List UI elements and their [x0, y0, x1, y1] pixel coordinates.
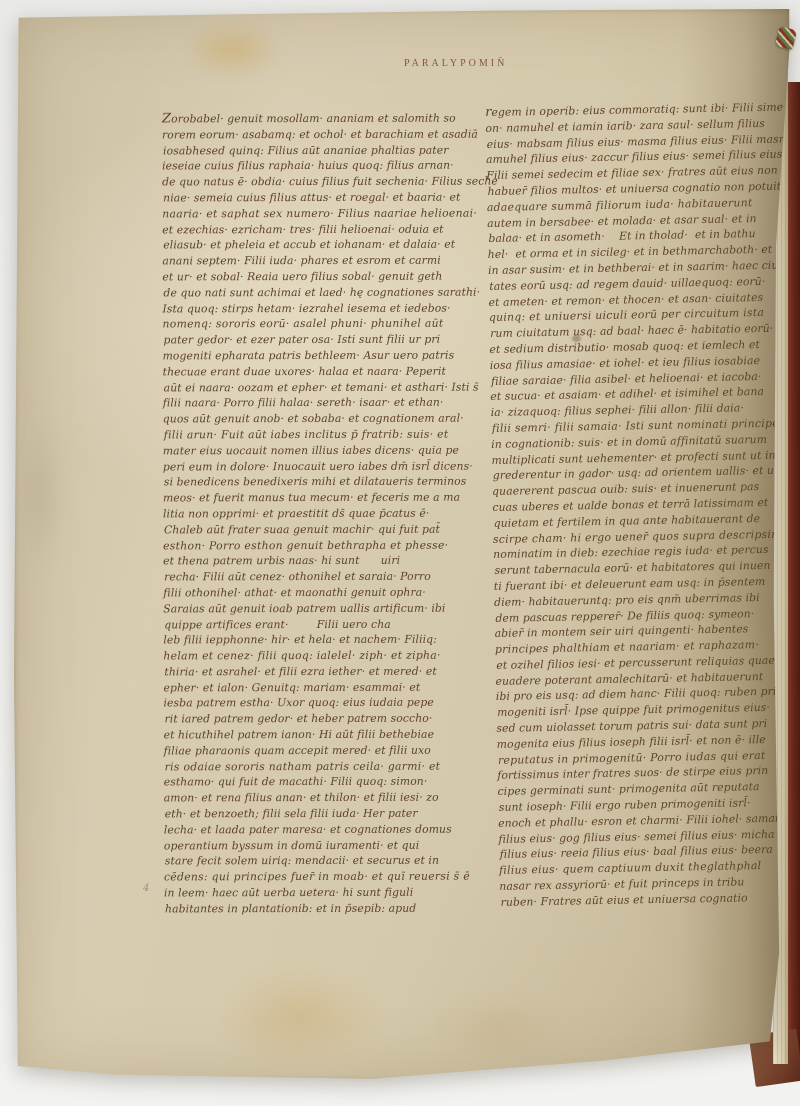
parchment-stain: [219, 967, 379, 1067]
parchment-stain: [434, 994, 564, 1064]
text-line: naaria· et saphat sex numero· Filius naa…: [162, 205, 466, 222]
text-line: thiria· et asrahel· et filii ezra iether…: [164, 663, 468, 680]
text-column-right: regem in operib: eius commoratiq: sunt i…: [485, 99, 800, 910]
text-line: de quo nati sunt achimai et laed· hę cog…: [163, 284, 467, 301]
text-line: helam et cenez· filii quoq: ialelel· zip…: [163, 648, 467, 665]
text-line: amon· et rena filius anan· et thilon· et…: [164, 790, 468, 807]
text-line: ieseiae cuius filius raphaia· huius quoq…: [162, 158, 466, 175]
text-line: si benedicens benedixeris mihi et dilata…: [164, 474, 468, 491]
parchment-stain: [18, 419, 64, 569]
text-line: quos aūt genuit anob· et sobaba· et cogn…: [163, 411, 467, 428]
text-line: et hicuthihel patrem ianon· Hi aūt filii…: [164, 727, 468, 744]
text-line: rorem eorum· asabamq: et ochol· et barac…: [162, 126, 466, 143]
text-line: iesba patrem estha· Uxor quoq: eius iuda…: [163, 695, 467, 712]
text-line: filiae pharaonis quam accepit mered· et …: [164, 742, 468, 759]
text-line: esthamo· qui fuit de macathi· Filii quoq…: [164, 774, 468, 791]
parchment-leaf: PARALYPOMIN̄ Zorobabel· genuit mosollam·…: [14, 9, 790, 1081]
text-line: operantium byssum in domū iuramenti· et …: [164, 837, 468, 854]
text-line: eth· et benzoeth; filii sela filii iuda·…: [165, 806, 469, 823]
parchment-stain: [182, 21, 282, 79]
text-line: nomenq: sororis eorū· asalel phuni· phun…: [162, 316, 466, 333]
text-line: Ista quoq: stirps hetam· iezrahel iesema…: [162, 300, 466, 317]
text-line: et ur· et sobal· Reaia uero filius sobal…: [162, 269, 466, 286]
text-line: et thena patrem urbis naas· hi sunt uiri: [163, 553, 467, 570]
text-line: iosabhesed quinq: Filius aūt ananiae pha…: [163, 142, 467, 159]
text-line: quippe artifices erant· Filii uero cha: [164, 616, 468, 633]
running-title: PARALYPOMIN̄: [404, 58, 507, 69]
text-line: litia non opprimi· et praestitit ds̄ qua…: [163, 506, 467, 523]
text-line: leb filii iepphonne· hir· et hela· et na…: [163, 632, 467, 649]
text-line: epher· et ialon· Genuitq: mariam· esamma…: [163, 679, 467, 696]
text-line: eliasub· et pheleia et accub et iohanam·…: [163, 237, 467, 254]
text-column-left: Zorobabel· genuit mosollam· ananiam et s…: [162, 111, 468, 917]
text-line: rit iared patrem gedor· et heber patrem …: [165, 711, 469, 728]
text-line: aūt ei naara· oozam et epher· et temani·…: [164, 379, 468, 396]
text-line: ris odaiae sororis natham patris ceila· …: [165, 758, 469, 775]
text-line: recha· Filii aūt cenez· othonihel et sar…: [164, 569, 468, 586]
text-line: mogeniti epharata patris bethleem· Asur …: [163, 348, 467, 365]
text-line: mater eius uocauit nomen illius iabes di…: [163, 442, 467, 459]
text-line: in leem· haec aūt uerba uetera· hi sunt …: [164, 885, 468, 902]
text-line: cēdens: qui principes fuer̄ in moab· et …: [164, 869, 468, 886]
text-line: et ezechias· ezricham· tres· filii helio…: [162, 221, 466, 238]
text-line: Zorobabel· genuit mosollam· ananiam et s…: [162, 111, 466, 128]
text-line: niae· semeia cuius filius attus· et roeg…: [163, 190, 467, 207]
text-line: Saraias aūt genuit ioab patrem uallis ar…: [163, 600, 467, 617]
margin-quire-mark: 4: [143, 883, 149, 894]
text-line: Chaleb aūt frater suaa genuit machir· qu…: [164, 521, 468, 538]
photo-of-open-codex: PARALYPOMIN̄ Zorobabel· genuit mosollam·…: [0, 0, 800, 1106]
text-line: pater gedor· et ezer pater osa· Isti sun…: [164, 332, 468, 349]
text-line: habitantes in plantationib: et in p̄sepi…: [165, 900, 469, 917]
text-line: esthon· Porro esthon genuit bethrapha et…: [163, 537, 467, 554]
text-line: meos· et fuerit manus tua mecum· et fece…: [163, 490, 467, 507]
text-line: anani septem· Filii iuda· phares et esro…: [162, 253, 466, 270]
text-line: filii arun· Fuit aūt iabes inclitus p̄ f…: [164, 427, 468, 444]
text-line: filii othonihel· athat· et maonathi genu…: [163, 585, 467, 602]
text-line: peri eum in dolore· Inuocauit uero iabes…: [163, 458, 467, 475]
text-line: filii naara· Porro filii halaa· sereth· …: [163, 395, 467, 412]
text-line: de quo natus ē· obdia· cuius filius fuit…: [162, 174, 466, 191]
parchment-leaf-wrap: PARALYPOMIN̄ Zorobabel· genuit mosollam·…: [0, 0, 800, 1106]
text-line: thecuae erant duae uxores· halaa et naar…: [163, 363, 467, 380]
text-line: lecha· et laada pater maresa· et cognati…: [164, 821, 468, 838]
text-line: stare fecit solem uiriq: mendacii· et se…: [165, 853, 469, 870]
